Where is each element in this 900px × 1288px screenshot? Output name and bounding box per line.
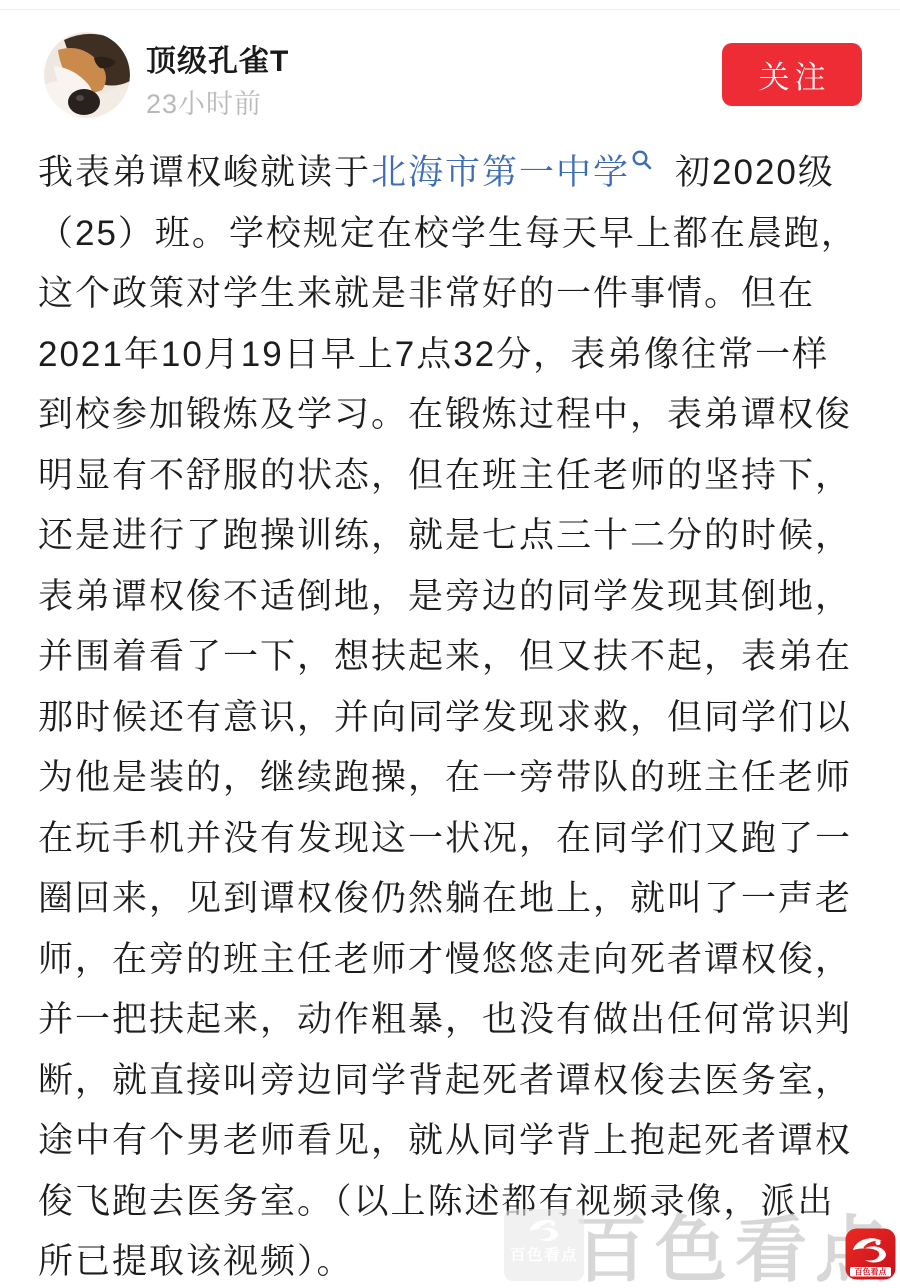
post-body: 我表弟谭权峻就读于北海市第一中学初2020级 （25）班。学校规定在校学生每天早… [38, 143, 900, 1288]
post-line: 为他是装的，继续跑操，在一旁带队的班主任老师 [38, 748, 900, 809]
watermark-badge: 百色看点 [504, 1209, 584, 1281]
app-logo-icon: 百色看点 [845, 1228, 896, 1280]
school-link[interactable]: 北海市第一中学 [371, 153, 630, 192]
post-line: 表弟谭权俊不适倒地，是旁边的同学发现其倒地， [38, 567, 900, 628]
watermark-app-logo: 百色看点 [845, 1228, 896, 1280]
post-text: 我表弟谭权峻就读于 [38, 153, 371, 192]
post-line: 那时候还有意识，并向同学发现求救，但同学们以 [38, 688, 900, 749]
post-line: （25）班。学校规定在校学生每天早上都在晨跑， [38, 204, 900, 265]
top-divider [0, 9, 900, 10]
post-line: 断，就直接叫旁边同学背起死者谭权俊去医务室， [38, 1051, 900, 1112]
post-line: 我表弟谭权峻就读于北海市第一中学初2020级 [38, 143, 900, 204]
post-line: 在玩手机并没有发现这一状况，在同学们又跑了一 [38, 809, 900, 870]
avatar[interactable] [44, 32, 130, 118]
post-line: 2021年10月19日早上7点32分，表弟像往常一样 [38, 325, 900, 386]
post-line: 途中有个男老师看见，就从同学背上抱起死者谭权 [38, 1111, 900, 1172]
watermark-badge-text: 百色看点 [510, 1243, 578, 1265]
post-line: 这个政策对学生来就是非常好的一件事情。但在 [38, 264, 900, 325]
post-timestamp: 23小时前 [146, 82, 262, 121]
post-text: 初2020级 [675, 153, 835, 192]
dog-avatar-image [44, 32, 130, 118]
app-logo-text: 百色看点 [855, 1267, 888, 1277]
search-icon[interactable] [631, 149, 653, 171]
post-line: 还是进行了跑操训练，就是七点三十二分的时候， [38, 506, 900, 567]
post-line: 师，在旁的班主任老师才慢悠悠走向死者谭权俊， [38, 930, 900, 991]
swoosh-icon [526, 1215, 562, 1243]
post-line: 到校参加锻炼及学习。在锻炼过程中，表弟谭权俊 [38, 385, 900, 446]
post-line: 明显有不舒服的状态，但在班主任老师的坚持下， [38, 446, 900, 507]
username[interactable]: 顶级孔雀T [146, 36, 289, 80]
follow-button[interactable]: 关注 [722, 43, 862, 106]
post-page: 顶级孔雀T 23小时前 关注 我表弟谭权峻就读于北海市第一中学初2020级 （2… [0, 0, 900, 1288]
post-line: 并一把扶起来，动作粗暴，也没有做出任何常识判 [38, 990, 900, 1051]
post-line: 并围着看了一下，想扶起来，但又扶不起，表弟在 [38, 627, 900, 688]
post-line: 圈回来，见到谭权俊仍然躺在地上，就叫了一声老 [38, 869, 900, 930]
